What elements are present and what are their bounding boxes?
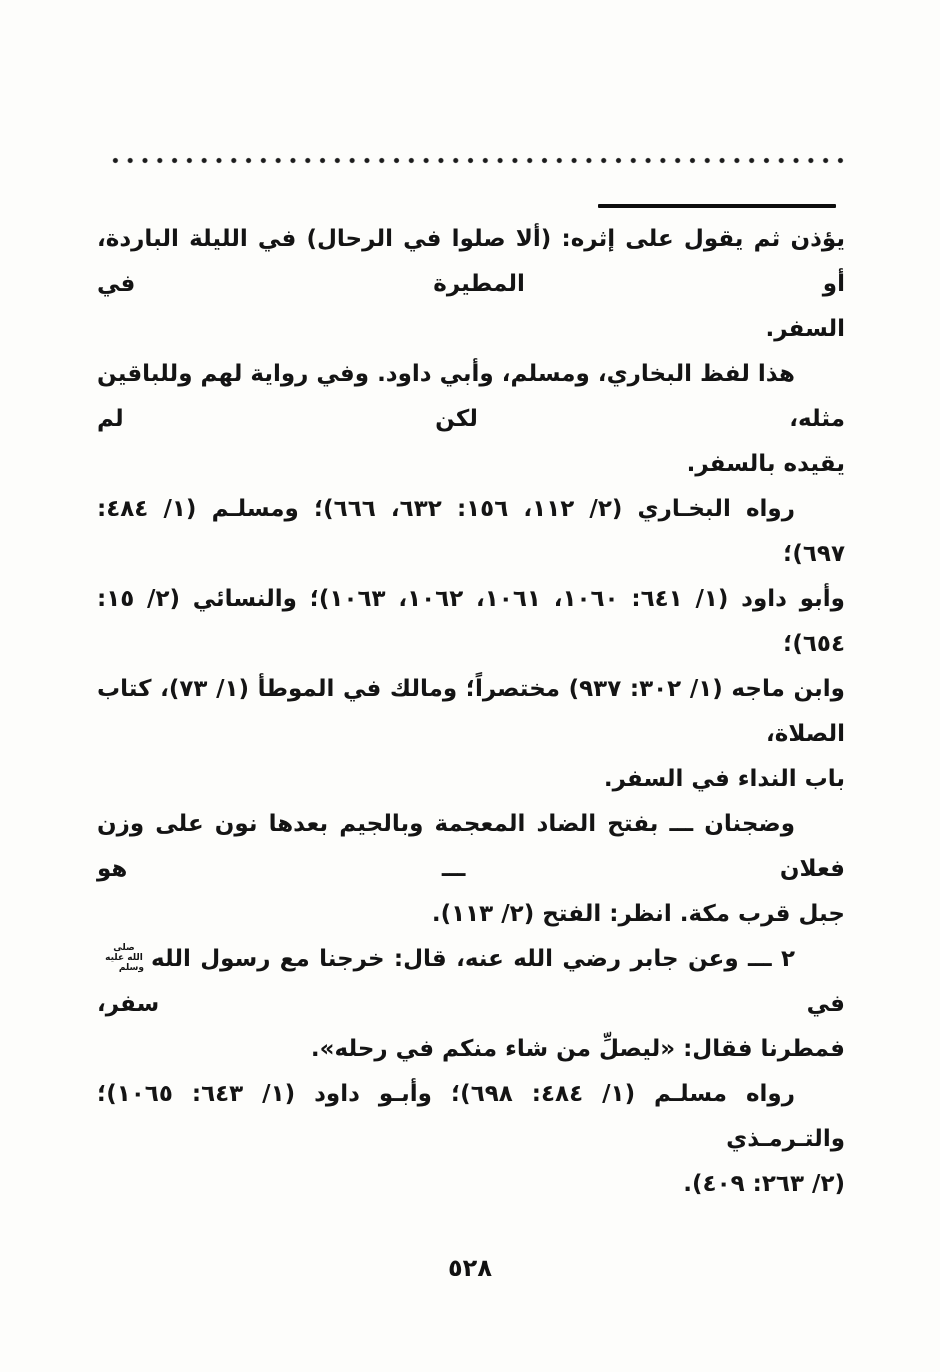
hadith-text-line: فمطرنا فقال: «ليصلِّ من شاء منكم في رحله…	[97, 1027, 845, 1072]
prophet-honorific-symbol: صلى الله عليه وسلم	[104, 943, 144, 973]
text-line: وضجنان ـــ بفتح الضاد المعجمة وبالجيم بع…	[97, 802, 845, 892]
hadith-citation-line: رواه البخـاري (٢/ ١١٢، ١٥٦: ٦٣٢، ٦٦٦)؛ و…	[97, 487, 845, 577]
hadith-citation-line: رواه مسلـم (١/ ٤٨٤: ٦٩٨)؛ وأبـو داود (١/…	[97, 1072, 845, 1162]
text-line: يؤذن ثم يقول على إثره: (ألا صلوا في الرح…	[97, 217, 845, 307]
hadith-text-after: في سفر،	[97, 991, 845, 1017]
text-line: هذا لفظ البخاري، ومسلم، وأبي داود. وفي ر…	[97, 352, 845, 442]
book-page: يؤذن ثم يقول على إثره: (ألا صلوا في الرح…	[0, 0, 940, 1372]
page-number: ٥٢٨	[0, 1254, 940, 1282]
footnote-separator-rule	[598, 204, 836, 208]
hadith-citation-line: (٢/ ٢٦٣: ٤٠٩).	[97, 1162, 845, 1207]
footnote-text-block: يؤذن ثم يقول على إثره: (ألا صلوا في الرح…	[97, 217, 845, 1207]
text-line: يقيده بالسفر.	[97, 442, 845, 487]
hadith-text-before: ٢ ـــ وعن جابر رضي الله عنه، قال: خرجنا …	[151, 946, 795, 972]
hadith-citation-line: وأبو داود (١/ ٦٤١: ١٠٦٠، ١٠٦١، ١٠٦٢، ١٠٦…	[97, 577, 845, 667]
hadith-citation-line: وابن ماجه (١/ ٣٠٢: ٩٣٧) مختصراً؛ ومالك ف…	[97, 667, 845, 757]
text-line: جبل قرب مكة. انظر: الفتح (٢/ ١١٣).	[97, 892, 845, 937]
ellipsis-dotted-line	[108, 157, 848, 164]
text-line: السفر.	[97, 307, 845, 352]
hadith-text-line: ٢ ـــ وعن جابر رضي الله عنه، قال: خرجنا …	[97, 937, 845, 1027]
hadith-citation-line: باب النداء في السفر.	[97, 757, 845, 802]
